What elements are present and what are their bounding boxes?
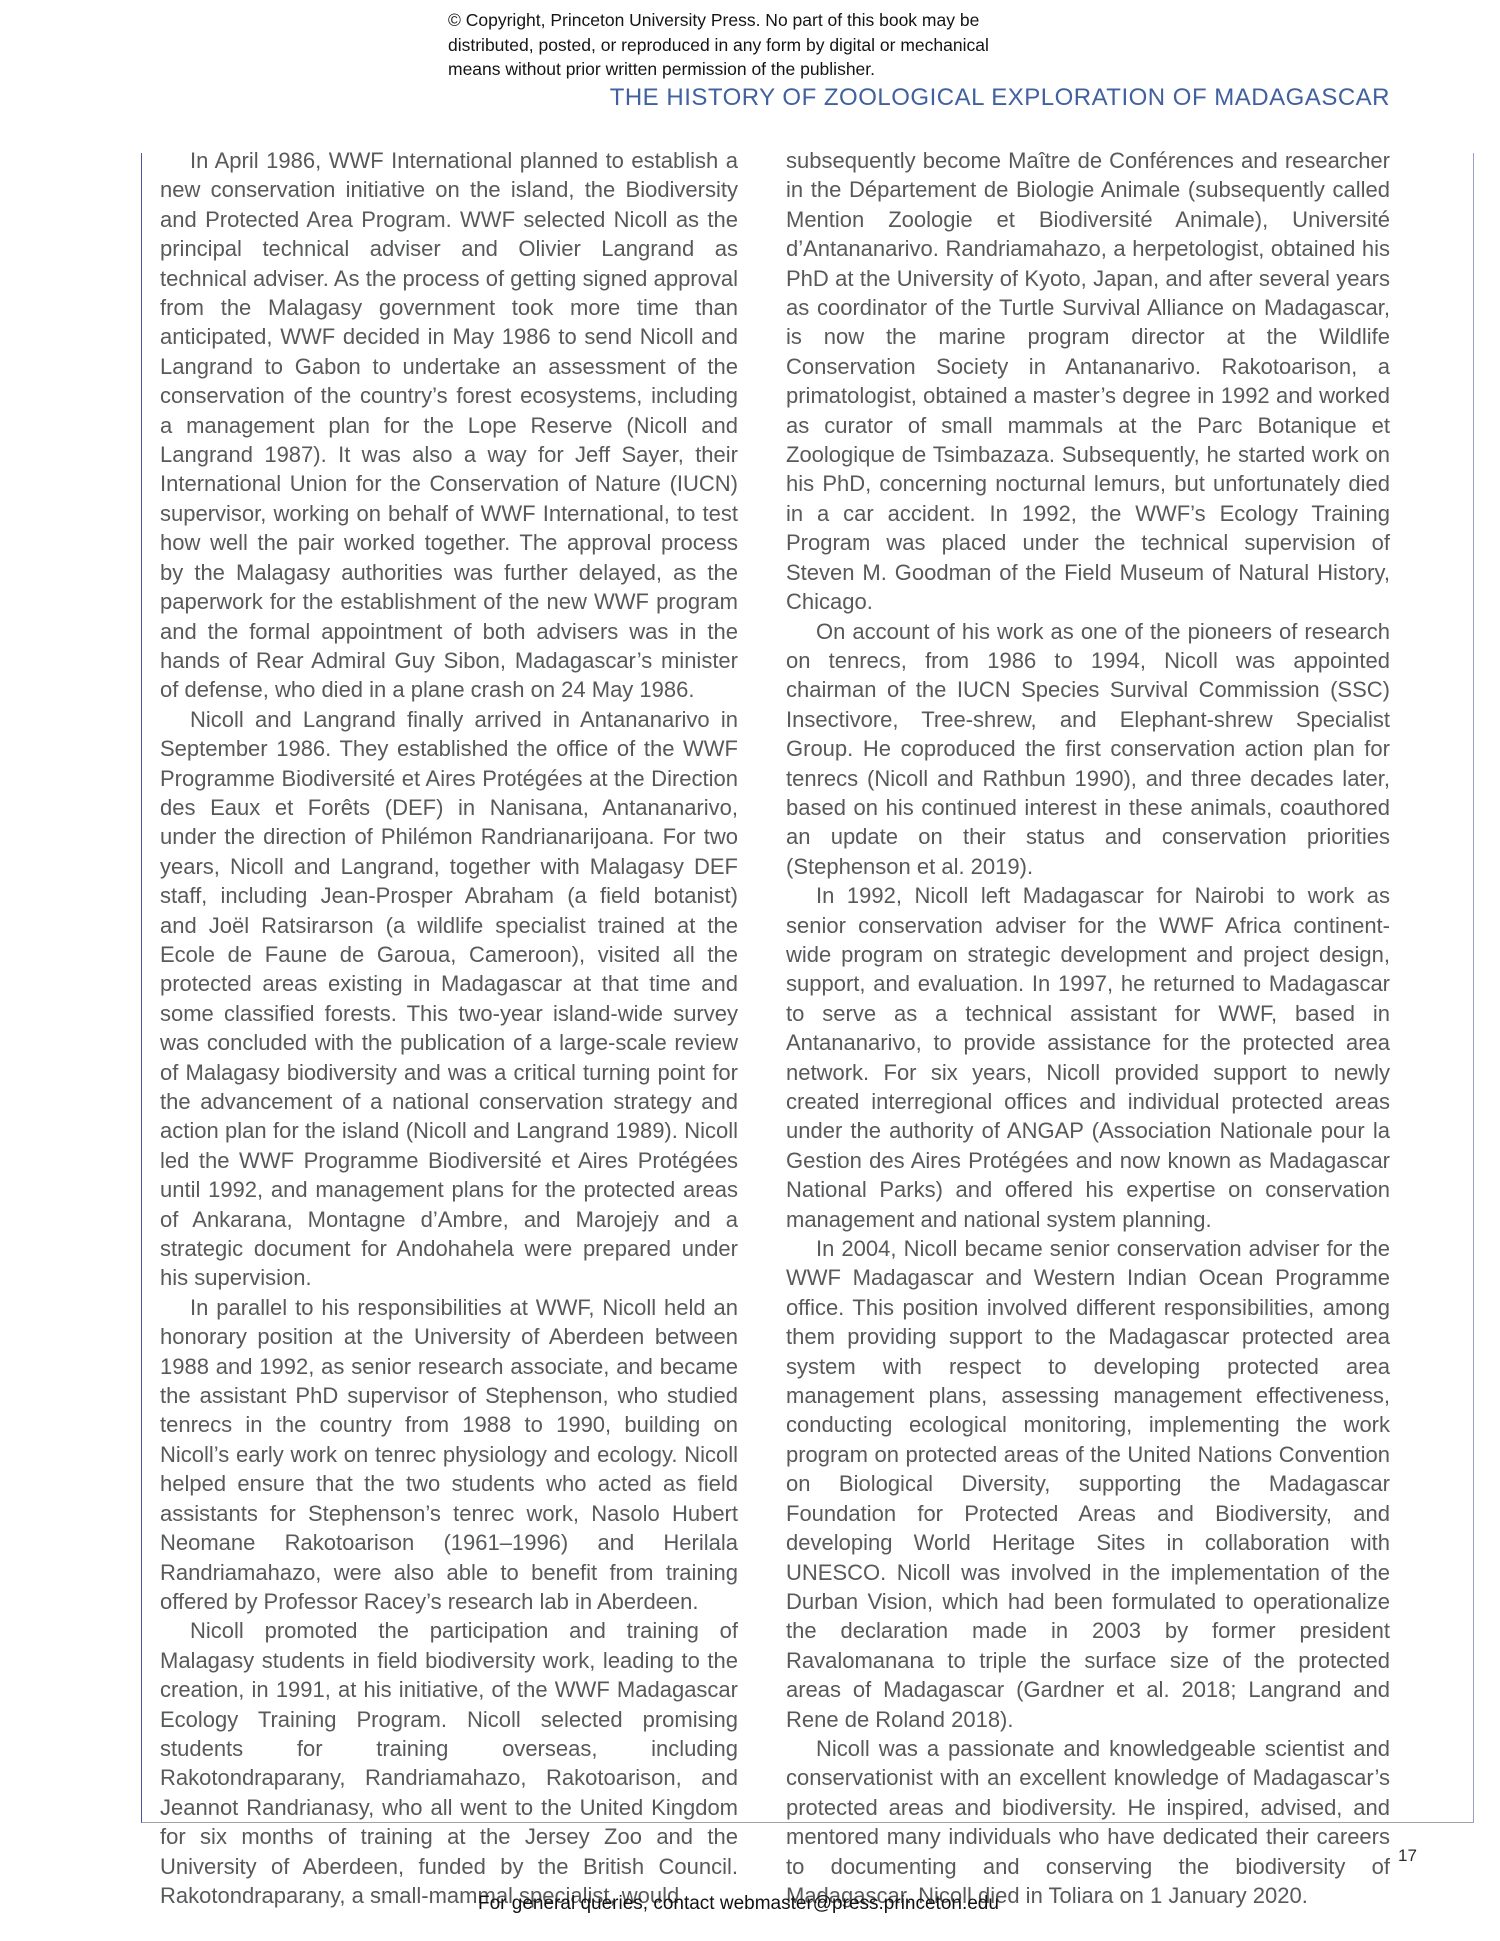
paragraph: Nicoll was a passionate and knowledgeabl… [786,1734,1390,1910]
book-page: { "copyright": { "line1": "© Copyright, … [0,0,1500,1941]
paragraph: Nicoll and Langrand finally arrived in A… [160,705,738,1293]
page-number: 17 [1398,1846,1417,1866]
paragraph: In parallel to his responsibilities at W… [160,1293,738,1616]
copyright-line-3: means without prior written permission o… [448,57,989,82]
two-column-text-block: In April 1986, WWF International planned… [160,146,1390,1910]
paragraph: In 1992, Nicoll left Madagascar for Nair… [786,881,1390,1234]
right-column: subsequently become Maître de Conférence… [786,146,1390,1910]
paragraph: In 2004, Nicoll became senior conservati… [786,1234,1390,1734]
paragraph: On account of his work as one of the pio… [786,617,1390,882]
left-column: In April 1986, WWF International planned… [160,146,738,1910]
copyright-notice: © Copyright, Princeton University Press.… [448,8,989,82]
paragraph: Nicoll promoted the participation and tr… [160,1616,738,1910]
copyright-line-2: distributed, posted, or reproduced in an… [448,33,989,58]
page-title: THE HISTORY OF ZOOLOGICAL EXPLORATION OF… [610,84,1390,112]
paragraph: In April 1986, WWF International planned… [160,146,738,705]
paragraph-continuation: subsequently become Maître de Conférence… [786,146,1390,617]
copyright-line-1: © Copyright, Princeton University Press.… [448,8,989,33]
footer-contact-line: For general queries, contact webmaster@p… [478,1893,999,1915]
